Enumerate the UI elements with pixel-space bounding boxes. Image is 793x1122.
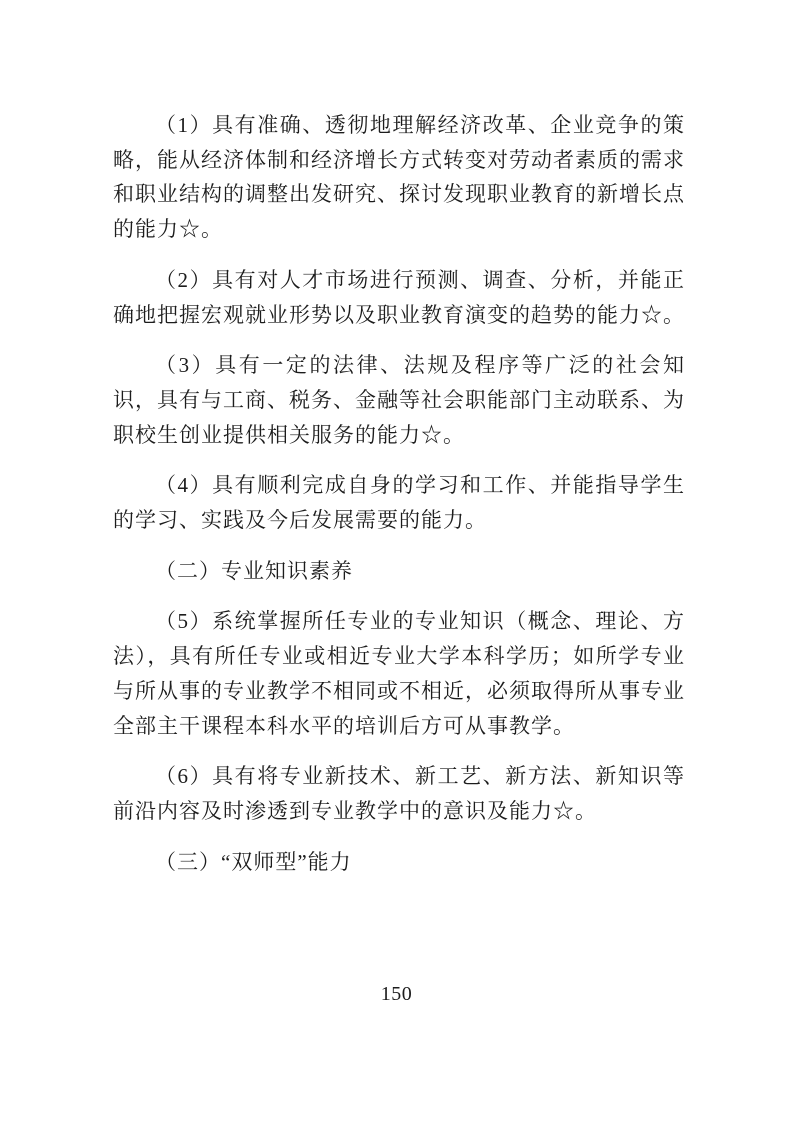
paragraph-item-2: （2）具有对人才市场进行预测、调查、分析，并能正确地把握宏观就业形势以及职业教育… [113, 263, 685, 332]
paragraph-item-5: （5）系统掌握所任专业的专业知识（概念、理论、方法），具有所任专业或相近专业大学… [113, 604, 685, 743]
section-heading-dual-teacher-ability: （三）“双师型”能力 [113, 845, 685, 880]
paragraph-item-3: （3）具有一定的法律、法规及程序等广泛的社会知识，具有与工商、税务、金融等社会职… [113, 348, 685, 452]
paragraph-item-4: （4）具有顺利完成自身的学习和工作、并能指导学生的学习、实践及今后发展需要的能力… [113, 468, 685, 537]
section-heading-professional-knowledge: （二）专业知识素养 [113, 554, 685, 589]
document-page: （1）具有准确、透彻地理解经济改革、企业竞争的策略，能从经济体制和经济增长方式转… [0, 0, 793, 1122]
paragraph-item-1: （1）具有准确、透彻地理解经济改革、企业竞争的策略，能从经济体制和经济增长方式转… [113, 108, 685, 247]
paragraph-item-6: （6）具有将专业新技术、新工艺、新方法、新知识等前沿内容及时渗透到专业教学中的意… [113, 759, 685, 828]
page-number: 150 [0, 983, 793, 1006]
